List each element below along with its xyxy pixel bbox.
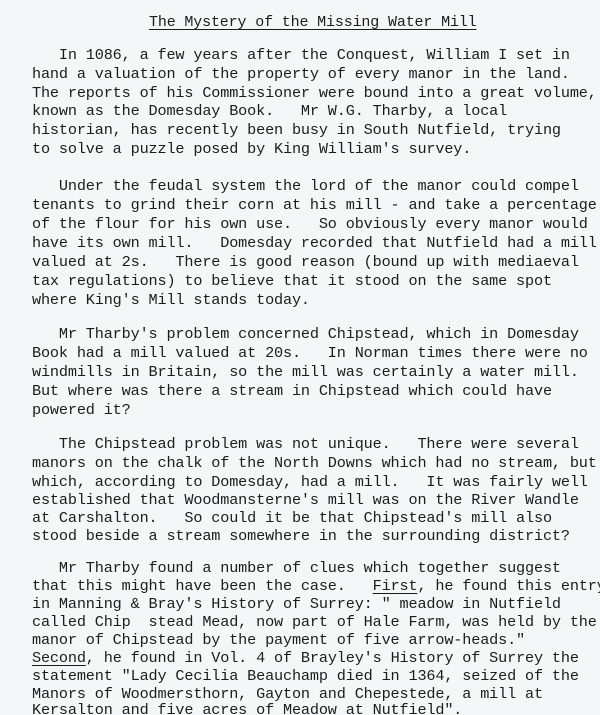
page-title: The Mystery of the Missing Water Mill [149,14,477,31]
text-line: stood beside a stream somewhere in the s… [32,526,570,546]
text-line: manor of Chipstead by the payment of fiv… [32,630,525,650]
text-line: But where was there a stream in Chipstea… [32,381,552,401]
text-line: The Chipstead problem was not unique. Th… [32,434,579,454]
text-line: called Chip stead Mead, now part of Hale… [32,612,597,632]
text-line: that this might have been the case. Firs… [32,576,600,596]
text-line: have its own mill. Domesday recorded tha… [32,233,597,253]
text-line: in Manning & Bray's History of Surrey: "… [32,594,561,614]
text-line: In 1086, a few years after the Conquest,… [32,45,570,65]
text-line: valued at 2s. There is good reason (boun… [32,252,579,272]
text-line: at Carshalton. So could it be that Chips… [32,508,552,528]
text-line: manors on the chalk of the North Downs w… [32,453,597,473]
text-segment: , he found in Vol. 4 of Brayley's Histor… [86,649,579,667]
text-line: Mr Tharby found a number of clues which … [32,558,561,578]
text-line: powered it? [32,400,131,420]
text-line: tax regulations) to believe that it stoo… [32,271,552,291]
text-line: Kersalton and five acres of Meadow at Nu… [32,700,462,715]
text-line: Mr Tharby's problem concerned Chipstead,… [32,324,579,344]
text-line: historian, has recently been busy in Sou… [32,120,561,140]
text-segment: , he found this entry [417,577,600,595]
text-line: Second, he found in Vol. 4 of Brayley's … [32,648,579,668]
text-line: hand a valuation of the property of ever… [32,64,570,84]
underlined-second: Second [32,649,86,667]
text-segment: that this might have been the case. [32,577,373,595]
text-line: to solve a puzzle posed by King William'… [32,139,471,159]
text-line: Book had a mill valued at 20s. In Norman… [32,343,588,363]
text-line: The reports of his Commissioner were bou… [32,83,597,103]
text-line: where King's Mill stands today. [32,290,310,310]
typewritten-page: The Mystery of the Missing Water Mill In… [0,0,600,715]
text-line: which, according to Domesday, had a mill… [32,472,588,492]
text-line: established that Woodmansterne's mill wa… [32,490,579,510]
text-line: windmills in Britain, so the mill was ce… [32,362,579,382]
text-line: statement "Lady Cecilia Beauchamp died i… [32,666,579,686]
underlined-first: First [373,577,418,595]
text-line: Under the feudal system the lord of the … [32,176,579,196]
text-line: of the flour for his own use. So obvious… [32,214,588,234]
text-line: tenants to grind their corn at his mill … [32,195,597,215]
text-line: known as the Domesday Book. Mr W.G. Thar… [32,101,507,121]
